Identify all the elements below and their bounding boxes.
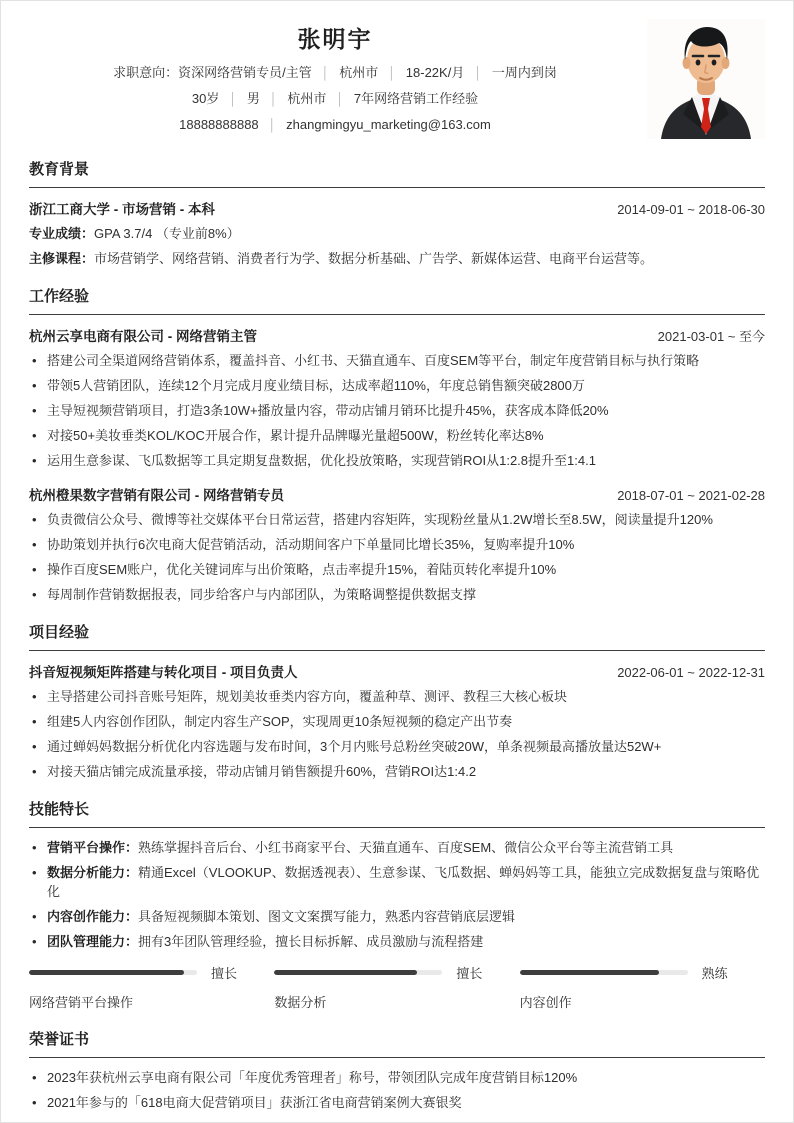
entry-heading-row: 抖音短视频矩阵搭建与转化项目 - 项目负责人2022-06-01 ~ 2022-… — [29, 661, 765, 681]
skill-bar-item: 擅长数据分析 — [274, 963, 519, 1011]
header-info-item: 18888888888 — [179, 117, 259, 132]
entry-date: 2022-06-01 ~ 2022-12-31 — [617, 665, 765, 680]
bullet-text: 每周制作营销数据报表，同步给客户与内部团队，为策略调整提供数据支撑 — [47, 585, 765, 604]
bullet-item: •主导搭建公司抖音账号矩阵，规划美妆垂类内容方向，覆盖种草、测评、教程三大核心板… — [29, 687, 765, 706]
bullet-dot: • — [29, 401, 47, 420]
bullet-label: 数据分析能力： — [47, 865, 138, 880]
bullet-dot: • — [29, 451, 47, 470]
bullet-text: 协助策划并执行6次电商大促营销活动，活动期间客户下单量同比增长35%，复购率提升… — [47, 535, 765, 554]
skill-name-label: 数据分析 — [274, 992, 519, 1011]
separator-bar: │ — [388, 66, 396, 80]
header-info-item: zhangmingyu_marketing@163.com — [286, 117, 491, 132]
header-info-item: 杭州市 — [287, 91, 326, 106]
bullet-text: 组建5人内容创作团队，制定内容生产SOP，实现周更10条短视频的稳定产出节奏 — [47, 712, 765, 731]
avatar — [647, 19, 765, 139]
section-title-project: 项目经验 — [29, 624, 765, 651]
header-info-item: 18-22K/月 — [406, 65, 465, 80]
entry-heading-row: 浙江工商大学 - 市场营销 - 本科2014-09-01 ~ 2018-06-3… — [29, 198, 765, 218]
entry-title: 杭州橙果数字营销有限公司 - 网络营销专员 — [29, 484, 284, 504]
entry-title: 浙江工商大学 - 市场营销 - 本科 — [29, 198, 215, 218]
bullet-item: •对接天猫店铺完成流量承接，带动店铺月销售额提升60%，营销ROI达1:4.2 — [29, 762, 765, 781]
section-education: 教育背景浙江工商大学 - 市场营销 - 本科2014-09-01 ~ 2018-… — [29, 161, 765, 268]
skill-bar-top: 擅长 — [29, 963, 274, 982]
bullet-dot: • — [29, 376, 47, 395]
bullet-item: •对接50+美妆垂类KOL/KOC开展合作，累计提升品牌曝光量超500W，粉丝转… — [29, 426, 765, 445]
bullet-item: •团队管理能力：拥有3年团队管理经验，擅长目标拆解、成员激励与流程搭建 — [29, 932, 765, 951]
contact-line: 18888888888│zhangmingyu_marketing@163.co… — [29, 115, 641, 135]
section-title-honors: 荣誉证书 — [29, 1031, 765, 1058]
bullet-text: 主导搭建公司抖音账号矩阵，规划美妆垂类内容方向，覆盖种草、测评、教程三大核心板块 — [47, 687, 765, 706]
bullet-item: •带领5人营销团队，连续12个月完成月度业绩目标，达成率超110%，年度总销售额… — [29, 376, 765, 395]
bullet-dot: • — [29, 351, 47, 370]
bullet-dot: • — [29, 585, 47, 604]
entry-heading-row: 杭州橙果数字营销有限公司 - 网络营销专员2018-07-01 ~ 2021-0… — [29, 484, 765, 504]
header-info-item: 7年网络营销工作经验 — [354, 91, 478, 106]
labeled-row: 主修课程：市场营销学、网络营销、消费者行为学、数据分析基础、广告学、新媒体运营、… — [29, 249, 765, 268]
header-info-item: 男 — [247, 91, 260, 106]
bullet-label: 团队管理能力： — [47, 934, 138, 949]
entry-date: 2014-09-01 ~ 2018-06-30 — [617, 202, 765, 217]
skill-name-label: 网络营销平台操作 — [29, 992, 274, 1011]
bullet-text: 内容创作能力：具备短视频脚本策划、图文文案撰写能力，熟悉内容营销底层逻辑 — [47, 907, 765, 926]
section-title-work: 工作经验 — [29, 288, 765, 315]
bullet-text: 运用生意参谋、飞瓜数据等工具定期复盘数据，优化投放策略，实现营销ROI从1:2.… — [47, 451, 765, 470]
entry-date: 2018-07-01 ~ 2021-02-28 — [617, 488, 765, 503]
bullet-item: •2021年参与的「618电商大促营销项目」获浙江省电商营销案例大赛银奖 — [29, 1093, 765, 1112]
section-project: 项目经验抖音短视频矩阵搭建与转化项目 - 项目负责人2022-06-01 ~ 2… — [29, 624, 765, 781]
bullet-item: •通过蝉妈妈数据分析优化内容选题与发布时间，3个月内账号总粉丝突破20W，单条视… — [29, 737, 765, 756]
resume-page: 张明宇 求职意向：资深网络营销专员/主管│杭州市│18-22K/月│一周内到岗 … — [0, 0, 794, 1123]
entry: 抖音短视频矩阵搭建与转化项目 - 项目负责人2022-06-01 ~ 2022-… — [29, 661, 765, 781]
bullet-text: 2021年参与的「618电商大促营销项目」获浙江省电商营销案例大赛银奖 — [47, 1093, 765, 1112]
bullet-text: 对接50+美妆垂类KOL/KOC开展合作，累计提升品牌曝光量超500W，粉丝转化… — [47, 426, 765, 445]
entry-title: 杭州云享电商有限公司 - 网络营销主管 — [29, 325, 257, 345]
bullet-dot: • — [29, 1093, 47, 1112]
bullet-text: 搭建公司全渠道网络营销体系，覆盖抖音、小红书、天猫直通车、百度SEM等平台，制定… — [47, 351, 765, 370]
section-skills: 技能特长•营销平台操作：熟练掌握抖音后台、小红书商家平台、天猫直通车、百度SEM… — [29, 801, 765, 1011]
skill-name-label: 内容创作 — [520, 992, 765, 1011]
labeled-row: 专业成绩：GPA 3.7/4 （专业前8%） — [29, 224, 765, 243]
section-title-skills: 技能特长 — [29, 801, 765, 828]
bullet-text: 数据分析能力：精通Excel（VLOOKUP、数据透视表）、生意参谋、飞瓜数据、… — [47, 863, 765, 901]
resume-body: 教育背景浙江工商大学 - 市场营销 - 本科2014-09-01 ~ 2018-… — [29, 161, 765, 1112]
header-info-item: 30岁 — [192, 91, 219, 106]
bullet-dot: • — [29, 1068, 47, 1087]
candidate-name: 张明宇 — [29, 25, 641, 53]
bullet-dot: • — [29, 535, 47, 554]
personal-info-line: 30岁│男│杭州市│7年网络营销工作经验 — [29, 89, 641, 109]
bullet-text: 主导短视频营销项目，打造3条10W+播放量内容，带动店铺月销环比提升45%，获客… — [47, 401, 765, 420]
bullet-item: •2023年获杭州云享电商有限公司「年度优秀管理者」称号，带领团队完成年度营销目… — [29, 1068, 765, 1087]
bullet-item: •主导短视频营销项目，打造3条10W+播放量内容，带动店铺月销环比提升45%，获… — [29, 401, 765, 420]
separator-bar: │ — [229, 92, 237, 106]
bullet-item: •协助策划并执行6次电商大促营销活动，活动期间客户下单量同比增长35%，复购率提… — [29, 535, 765, 554]
skill-bar-item: 擅长网络营销平台操作 — [29, 963, 274, 1011]
skill-bar-fill — [274, 970, 417, 975]
bullet-text: 带领5人营销团队，连续12个月完成月度业绩目标，达成率超110%，年度总销售额突… — [47, 376, 765, 395]
row-label: 主修课程： — [29, 251, 94, 266]
header-info-item: 求职意向：资深网络营销专员/主管 — [113, 65, 312, 80]
bullet-item: •搭建公司全渠道网络营销体系，覆盖抖音、小红书、天猫直通车、百度SEM等平台，制… — [29, 351, 765, 370]
bullet-dot: • — [29, 426, 47, 445]
resume-header: 张明宇 求职意向：资深网络营销专员/主管│杭州市│18-22K/月│一周内到岗 … — [29, 19, 765, 141]
avatar-illustration — [647, 19, 765, 139]
header-info-item: 杭州市 — [339, 65, 378, 80]
bullet-dot: • — [29, 737, 47, 756]
skill-bar-track — [274, 970, 442, 975]
section-work: 工作经验杭州云享电商有限公司 - 网络营销主管2021-03-01 ~ 至今•搭… — [29, 288, 765, 604]
skill-bars-row: 擅长网络营销平台操作擅长数据分析熟练内容创作 — [29, 963, 765, 1011]
bullet-dot: • — [29, 863, 47, 901]
bullet-dot: • — [29, 838, 47, 857]
bullet-item: •运用生意参谋、飞瓜数据等工具定期复盘数据，优化投放策略，实现营销ROI从1:2… — [29, 451, 765, 470]
bullet-text: 营销平台操作：熟练掌握抖音后台、小红书商家平台、天猫直通车、百度SEM、微信公众… — [47, 838, 765, 857]
entry: 杭州橙果数字营销有限公司 - 网络营销专员2018-07-01 ~ 2021-0… — [29, 484, 765, 604]
entry-date: 2021-03-01 ~ 至今 — [658, 326, 765, 345]
entry: •2023年获杭州云享电商有限公司「年度优秀管理者」称号，带领团队完成年度营销目… — [29, 1068, 765, 1112]
bullet-item: •营销平台操作：熟练掌握抖音后台、小红书商家平台、天猫直通车、百度SEM、微信公… — [29, 838, 765, 857]
entry: 杭州云享电商有限公司 - 网络营销主管2021-03-01 ~ 至今•搭建公司全… — [29, 325, 765, 470]
bullet-item: •每周制作营销数据报表，同步给客户与内部团队，为策略调整提供数据支撑 — [29, 585, 765, 604]
separator-bar: │ — [270, 92, 278, 106]
bullet-text: 通过蝉妈妈数据分析优化内容选题与发布时间，3个月内账号总粉丝突破20W，单条视频… — [47, 737, 765, 756]
skill-level-label: 擅长 — [211, 963, 237, 982]
job-intent-line: 求职意向：资深网络营销专员/主管│杭州市│18-22K/月│一周内到岗 — [29, 63, 641, 83]
entry-title: 抖音短视频矩阵搭建与转化项目 - 项目负责人 — [29, 661, 298, 681]
bullet-dot: • — [29, 932, 47, 951]
separator-bar: │ — [336, 92, 344, 106]
bullet-text: 操作百度SEM账户，优化关键词库与出价策略，点击率提升15%，着陆页转化率提升1… — [47, 560, 765, 579]
skill-bar-item: 熟练内容创作 — [520, 963, 765, 1011]
row-label: 专业成绩： — [29, 226, 94, 241]
header-main: 张明宇 求职意向：资深网络营销专员/主管│杭州市│18-22K/月│一周内到岗 … — [29, 19, 641, 141]
entry-heading-row: 杭州云享电商有限公司 - 网络营销主管2021-03-01 ~ 至今 — [29, 325, 765, 345]
skill-bar-track — [520, 970, 688, 975]
section-title-education: 教育背景 — [29, 161, 765, 188]
skill-bar-fill — [520, 970, 659, 975]
separator-bar: │ — [474, 66, 482, 80]
skill-bar-top: 擅长 — [274, 963, 519, 982]
entry: 浙江工商大学 - 市场营销 - 本科2014-09-01 ~ 2018-06-3… — [29, 198, 765, 268]
bullet-item: •组建5人内容创作团队，制定内容生产SOP，实现周更10条短视频的稳定产出节奏 — [29, 712, 765, 731]
header-info-item: 一周内到岗 — [492, 65, 557, 80]
row-text: 市场营销学、网络营销、消费者行为学、数据分析基础、广告学、新媒体运营、电商平台运… — [94, 251, 653, 266]
skill-bar-track — [29, 970, 197, 975]
row-text: GPA 3.7/4 （专业前8%） — [94, 226, 240, 241]
bullet-text: 团队管理能力：拥有3年团队管理经验，擅长目标拆解、成员激励与流程搭建 — [47, 932, 765, 951]
section-honors: 荣誉证书•2023年获杭州云享电商有限公司「年度优秀管理者」称号，带领团队完成年… — [29, 1031, 765, 1112]
skill-level-label: 熟练 — [702, 963, 728, 982]
entry: •营销平台操作：熟练掌握抖音后台、小红书商家平台、天猫直通车、百度SEM、微信公… — [29, 838, 765, 951]
bullet-item: •负责微信公众号、微博等社交媒体平台日常运营，搭建内容矩阵，实现粉丝量从1.2W… — [29, 510, 765, 529]
separator-bar: │ — [269, 118, 277, 132]
bullet-text: 负责微信公众号、微博等社交媒体平台日常运营，搭建内容矩阵，实现粉丝量从1.2W增… — [47, 510, 765, 529]
bullet-dot: • — [29, 510, 47, 529]
skill-bar-fill — [29, 970, 184, 975]
bullet-label: 营销平台操作： — [47, 840, 138, 855]
bullet-item: •数据分析能力：精通Excel（VLOOKUP、数据透视表）、生意参谋、飞瓜数据… — [29, 863, 765, 901]
skill-level-label: 擅长 — [456, 963, 482, 982]
bullet-item: •内容创作能力：具备短视频脚本策划、图文文案撰写能力，熟悉内容营销底层逻辑 — [29, 907, 765, 926]
bullet-item: •操作百度SEM账户，优化关键词库与出价策略，点击率提升15%，着陆页转化率提升… — [29, 560, 765, 579]
bullet-dot: • — [29, 762, 47, 781]
bullet-text: 对接天猫店铺完成流量承接，带动店铺月销售额提升60%，营销ROI达1:4.2 — [47, 762, 765, 781]
bullet-label: 内容创作能力： — [47, 909, 138, 924]
separator-bar: │ — [322, 66, 330, 80]
bullet-dot: • — [29, 907, 47, 926]
bullet-dot: • — [29, 560, 47, 579]
bullet-dot: • — [29, 687, 47, 706]
bullet-text: 2023年获杭州云享电商有限公司「年度优秀管理者」称号，带领团队完成年度营销目标… — [47, 1068, 765, 1087]
skill-bar-top: 熟练 — [520, 963, 765, 982]
bullet-dot: • — [29, 712, 47, 731]
